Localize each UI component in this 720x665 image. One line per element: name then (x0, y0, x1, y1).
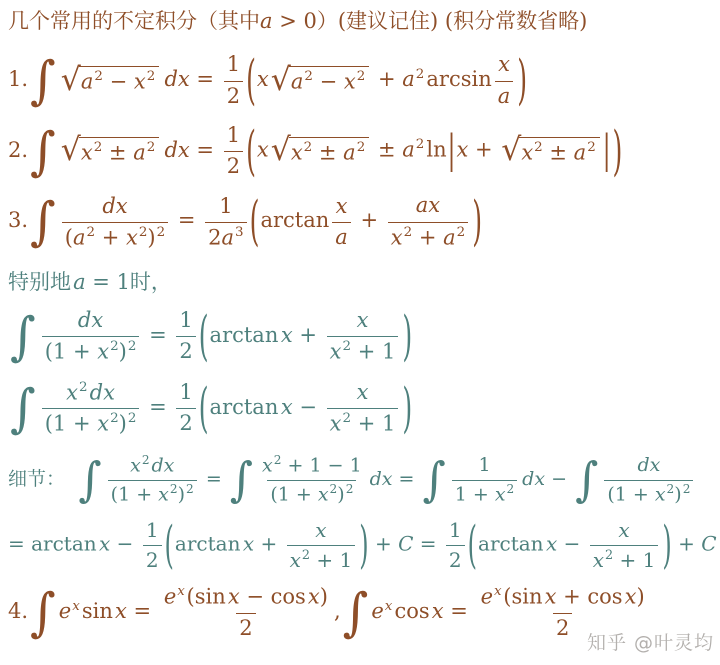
math-variable: x (546, 532, 557, 556)
integral-sign: ∫ (30, 196, 56, 248)
math-superscript: 2 (304, 139, 313, 156)
math-superscript: 2 (128, 338, 137, 355)
math-variable: e (481, 585, 493, 609)
paren-content: x√x2 ± a2 ± a2ln|x + √x2 ± a2| (256, 136, 613, 166)
formula-integral-2: 2.∫√x2 ± a2dx = 12(x√x2 ± a2 ± a2ln|x + … (8, 122, 720, 181)
math-paren-group: (arctanx + xx2 + 1) (165, 517, 369, 573)
math-text: + 1 (351, 411, 395, 435)
right-paren: ) (402, 310, 412, 363)
fraction-numerator: 1 (224, 51, 243, 80)
math-variable: x (330, 411, 342, 435)
math-text: 1 (227, 123, 240, 147)
math-variable: dx (164, 138, 189, 162)
math-text: (1 + (270, 484, 318, 506)
radical-sign-icon: √ (271, 136, 291, 166)
math-text: 1 (478, 454, 490, 476)
math-text: (1 + (45, 339, 98, 363)
math-variable: dx (637, 454, 660, 476)
math-superscript: 2 (94, 139, 103, 156)
math-text: + (369, 532, 398, 556)
math-variable: x (521, 140, 533, 164)
fraction-denominator: x2 + 1 (287, 545, 356, 573)
integral-sign: ∫ (343, 587, 369, 639)
math-text: ) (119, 339, 127, 363)
math-square-root: √a2 − x2 (61, 66, 160, 96)
math-variable: x (625, 585, 637, 609)
integral-sign: ∫ (30, 125, 56, 177)
abs-content: x + √x2 ± a2 (455, 136, 602, 166)
math-superscript: 2 (87, 224, 96, 241)
fraction-numerator: x (354, 307, 372, 336)
math-text: 2 (227, 154, 240, 178)
math-superscript: 2 (404, 224, 413, 241)
math-fraction: 12 (176, 379, 195, 438)
math-text: ± (543, 140, 574, 164)
math-variable: x (97, 412, 109, 436)
left-paren: ( (165, 520, 174, 570)
math-fraction: xa (495, 51, 514, 110)
math-text: 2. (8, 138, 28, 162)
math-text: − (545, 468, 573, 490)
math-superscript: 2 (147, 68, 156, 85)
math-fraction: xa (332, 193, 351, 252)
math-text: ± (371, 138, 402, 162)
math-variable: dx (370, 468, 393, 490)
math-superscript: 2 (110, 410, 119, 427)
math-fraction: 12 (224, 51, 243, 110)
math-variable: x (290, 548, 301, 572)
math-variable: x (134, 69, 146, 93)
math-superscript: 2 (110, 338, 119, 355)
math-text: > 0）(建议记住) (积分常数省略) (273, 9, 588, 33)
math-text: 1 (146, 518, 159, 542)
math-superscript: x (385, 598, 393, 615)
math-variable: a (81, 69, 94, 93)
math-superscript: 2 (346, 482, 354, 498)
math-variable: e (371, 599, 383, 623)
math-superscript: 2 (147, 139, 156, 156)
fraction-numerator: x (312, 517, 329, 545)
math-text: arctan (260, 208, 329, 232)
radicand: x2 ± a2 (519, 137, 599, 167)
math-text: 2 (179, 339, 192, 363)
fraction-denominator: 2 (224, 151, 243, 180)
fraction-numerator: ex(sinx − cosx) (161, 583, 331, 613)
math-variable: x (330, 339, 342, 363)
fraction-denominator: 2 (224, 81, 243, 110)
math-variable: dx (151, 454, 174, 476)
math-text: ) (320, 585, 328, 609)
formula-special-integral-1: ∫dx(1 + x2)2 = 12(arctanx + xx2 + 1) (8, 307, 720, 366)
math-text: 1 (227, 52, 240, 76)
math-text: = (444, 599, 475, 623)
math-text: 1 (179, 308, 192, 332)
math-variable: x (344, 69, 356, 93)
math-variable: ax (416, 193, 440, 217)
math-text: = (142, 395, 173, 419)
fraction-numerator: 1 (224, 122, 243, 151)
math-paren-group: (x√a2 − x2 + a2arcsinxa) (246, 51, 527, 110)
math-superscript: 2 (343, 338, 352, 355)
paren-content: arctanx + xx2 + 1 (209, 307, 403, 366)
math-variable: a (73, 270, 86, 294)
math-text: 1 (179, 380, 192, 404)
fraction-denominator: (1 + x2)2 (108, 480, 197, 507)
fraction-numerator: dx (634, 453, 663, 480)
math-text: + (354, 208, 385, 232)
paren-content: arctanxa + axx2 + a2 (259, 192, 472, 251)
fraction-numerator: x2dx (63, 379, 118, 409)
math-superscript: 2 (683, 482, 691, 498)
math-superscript: 2 (157, 224, 166, 241)
fraction-numerator: 1 (216, 193, 235, 222)
fraction-denominator: x2 + 1 (327, 408, 399, 438)
math-text: ln (426, 138, 446, 162)
math-variable: a (343, 140, 356, 164)
math-variable: dx (522, 468, 545, 490)
math-text: − (293, 395, 324, 419)
math-text: arctan (175, 532, 241, 556)
math-text: ± (102, 140, 133, 164)
math-variable: x (545, 585, 557, 609)
fraction-numerator: x (615, 517, 632, 545)
math-paren-group: (arctanx + xx2 + 1) (199, 307, 413, 366)
math-text: − (110, 532, 139, 556)
radical-sign-icon: √ (61, 66, 81, 96)
math-fraction: dx(1 + x2)2 (42, 307, 140, 366)
math-text: ± (312, 140, 343, 164)
math-text: 1 (449, 518, 462, 542)
math-variable: x (456, 138, 468, 162)
math-variable: a (498, 84, 511, 108)
fraction-denominator: a (495, 81, 514, 110)
math-fraction: x2dx(1 + x2)2 (42, 379, 140, 438)
math-variable: x (391, 225, 403, 249)
math-text: 1 (219, 194, 232, 218)
paren-content: arctanx + xx2 + 1 (174, 517, 359, 573)
math-text: 3. (8, 208, 28, 232)
math-superscript: 2 (534, 139, 543, 156)
math-variable: x (228, 585, 240, 609)
math-text: + 1 (613, 548, 655, 572)
math-text: , (334, 599, 341, 623)
math-text: sin (82, 599, 113, 623)
math-text: + (371, 67, 402, 91)
left-paren: ( (468, 520, 477, 570)
math-variable: a (133, 140, 146, 164)
fraction-denominator: 2 (553, 613, 572, 642)
math-variable: x (115, 599, 127, 623)
math-variable: x (81, 140, 93, 164)
math-text: 2 (208, 225, 221, 249)
radical-sign-icon: √ (271, 66, 291, 96)
math-text: (1 + (45, 412, 98, 436)
math-text: + (254, 532, 283, 556)
math-superscript: x (72, 598, 80, 615)
integral-sign: ∫ (30, 55, 56, 107)
math-text: + (468, 138, 499, 162)
math-variable: a (443, 225, 456, 249)
right-paren: ) (662, 520, 671, 570)
math-fraction: 12 (143, 517, 162, 573)
fraction-numerator: x2dx (127, 453, 177, 480)
math-variable: a (260, 9, 273, 33)
left-paren: ( (246, 54, 256, 107)
math-text: arctan (478, 532, 544, 556)
math-superscript: x (177, 583, 185, 600)
math-text: ) (337, 484, 344, 506)
math-text: ) (119, 412, 127, 436)
math-superscript: 2 (128, 410, 137, 427)
math-text: + 1 − 1 (282, 454, 362, 476)
math-variable: x (257, 138, 269, 162)
fraction-denominator: (a2 + x2)2 (62, 222, 168, 252)
fraction-numerator: 1 (475, 453, 493, 480)
fraction-numerator: dx (75, 307, 106, 336)
math-text: = arctan (8, 532, 97, 556)
math-variable: x (177, 584, 185, 599)
math-fraction: xx2 + 1 (327, 307, 399, 366)
math-variable: a (291, 69, 304, 93)
math-abs-group: |x + √x2 ± a2| (448, 136, 611, 166)
math-text: 2 (556, 616, 569, 640)
math-text: ) (674, 483, 681, 505)
math-text: (sin (187, 585, 226, 609)
fraction-denominator: 2 (176, 336, 195, 365)
math-fraction: ex(sinx − cosx)2 (161, 583, 331, 642)
math-paren-group: (arctanx − xx2 + 1) (199, 379, 413, 438)
math-variable: C (398, 532, 413, 556)
right-paren: ) (402, 382, 412, 435)
fraction-numerator: ex(sinx + cosx) (478, 583, 648, 613)
math-fraction: axx2 + a2 (388, 192, 468, 251)
right-paren: ) (517, 54, 527, 107)
math-variable: x (257, 67, 269, 91)
math-text: 2 (239, 616, 252, 640)
math-text: = 1时， (86, 270, 172, 294)
math-text: 特别地 (8, 270, 71, 294)
math-variable: a (574, 140, 587, 164)
math-superscript: 2 (507, 482, 515, 498)
math-variable: a (222, 225, 235, 249)
watermark: 知乎 @叶灵均 (587, 628, 714, 655)
math-text: + (672, 532, 701, 556)
integral-sign: ∫ (230, 457, 253, 504)
right-paren: ) (472, 195, 482, 248)
math-text: = (392, 468, 420, 490)
math-variable: x (432, 599, 444, 623)
math-text: arcsin (426, 67, 491, 91)
math-fraction: dx(a2 + x2)2 (62, 193, 168, 252)
formula-detail-derivation: 细节：∫x2dx(1 + x2)2 = ∫x2 + 1 − 1(1 + x2)2… (8, 453, 720, 507)
fraction-denominator: (1 + x2)2 (267, 480, 356, 507)
math-text: arctan (210, 395, 279, 419)
page-title: 几个常用的不定积分（其中a > 0）(建议记住) (积分常数省略) (8, 8, 720, 35)
fraction-denominator: 2 (176, 408, 195, 437)
math-text: (1 + (607, 483, 655, 505)
math-superscript: 2 (94, 68, 103, 85)
math-square-root: √a2 − x2 (271, 66, 370, 96)
math-variable: C (701, 532, 716, 556)
math-paren-group: (arctanxa + axx2 + a2) (250, 192, 482, 251)
math-fraction: xx2 + 1 (287, 517, 356, 573)
math-superscript: 2 (357, 139, 366, 156)
math-variable: dx (90, 380, 115, 404)
math-text: + (293, 323, 324, 347)
fraction-numerator: dx (99, 193, 130, 222)
math-superscript: 2 (587, 139, 596, 156)
math-text: 1. (8, 67, 28, 91)
fraction-numerator: ax (413, 192, 443, 221)
math-variable: x (130, 454, 141, 476)
fraction-numerator: x (354, 379, 372, 408)
math-variable: dx (102, 194, 127, 218)
math-text: (sin (503, 585, 542, 609)
math-fraction: 12 (224, 122, 243, 181)
math-text: 2 (227, 84, 240, 108)
math-text: − (313, 69, 344, 93)
paren-content: arctanx − xx2 + 1 (477, 517, 662, 573)
math-superscript: 2 (416, 66, 425, 83)
math-text: = (127, 599, 158, 623)
left-paren: ( (199, 310, 209, 363)
fraction-denominator: 2a3 (205, 222, 246, 252)
math-variable: x (308, 585, 320, 609)
math-superscript: 2 (605, 548, 613, 565)
right-abs-bar: | (603, 132, 611, 171)
math-variable: x (498, 52, 510, 76)
math-variable: x (99, 532, 110, 556)
math-text: 1 + (455, 483, 495, 505)
math-text: = (190, 138, 221, 162)
math-superscript: 2 (416, 136, 425, 153)
fraction-denominator: 1 + x2 (452, 480, 518, 507)
math-variable: x (72, 599, 80, 614)
math-superscript: x (494, 583, 502, 600)
radicand: x2 ± a2 (79, 137, 159, 167)
formula-integral-1: 1.∫√a2 − x2dx = 12(x√a2 − x2 + a2arcsinx… (8, 51, 720, 110)
fraction-denominator: 2 (143, 545, 162, 573)
math-text: cos (394, 599, 429, 623)
fraction-numerator: x (495, 51, 513, 80)
fraction-denominator: (1 + x2)2 (42, 408, 140, 438)
math-fraction: 12 (176, 307, 195, 366)
formula-detail-continued: = arctanx − 12(arctanx + xx2 + 1) + C = … (8, 517, 720, 573)
right-paren: ) (613, 125, 623, 178)
math-square-root: √x2 ± a2 (271, 136, 370, 166)
math-variable: x (281, 395, 293, 419)
math-text: ( (65, 225, 73, 249)
math-variable: x (315, 518, 326, 542)
math-square-root: √x2 ± a2 (61, 136, 160, 166)
math-superscript: 2 (304, 68, 313, 85)
math-variable: x (262, 454, 273, 476)
integral-sign: ∫ (10, 310, 36, 362)
math-superscript: 2 (457, 224, 466, 241)
math-square-root: √x2 ± a2 (501, 136, 600, 166)
math-text: (1 + (111, 484, 159, 506)
integral-sign: ∫ (10, 382, 36, 434)
math-superscript: 2 (357, 68, 366, 85)
math-text: arctan (210, 323, 279, 347)
radicand: a2 − x2 (79, 66, 159, 96)
math-variable: x (385, 599, 393, 614)
paren-content: x√a2 − x2 + a2arcsinxa (256, 51, 517, 110)
math-text: 4. (8, 599, 28, 623)
math-text: = (171, 208, 202, 232)
math-text: + (95, 225, 126, 249)
math-fraction: x2 + 1 − 1(1 + x2)2 (259, 453, 365, 507)
math-variable: x (593, 548, 604, 572)
math-variable: x (357, 308, 369, 332)
math-fraction: xx2 + 1 (327, 379, 399, 438)
math-text: + 1 (351, 339, 395, 363)
fraction-numerator: x2 + 1 − 1 (259, 453, 365, 480)
math-superscript: 2 (170, 482, 178, 498)
math-variable: dx (164, 67, 189, 91)
math-fraction: x2dx(1 + x2)2 (108, 453, 197, 507)
fraction-denominator: x2 + a2 (388, 222, 468, 252)
math-variable: x (291, 140, 303, 164)
left-abs-bar: | (448, 132, 456, 171)
math-fraction: 11 + x2 (452, 453, 518, 507)
math-variable: x (281, 323, 293, 347)
math-text: ) (637, 585, 645, 609)
special-case-note: 特别地a = 1时， (8, 269, 720, 296)
paren-content: arctanx − xx2 + 1 (209, 379, 403, 438)
fraction-numerator: x (333, 193, 351, 222)
fraction-denominator: 2 (446, 545, 465, 573)
formula-integral-3: 3.∫dx(a2 + x2)2 = 12a3(arctanxa + axx2 +… (8, 192, 720, 251)
fraction-denominator: (1 + x2)2 (604, 480, 693, 507)
fraction-numerator: 1 (176, 307, 195, 336)
fraction-denominator: x2 + 1 (327, 336, 399, 366)
math-text: − (557, 532, 586, 556)
math-paren-group: (x√x2 ± a2 ± a2ln|x + √x2 ± a2|) (246, 136, 622, 166)
math-text: − (103, 69, 134, 93)
math-variable: x (495, 483, 506, 505)
math-superscript: 3 (235, 224, 244, 241)
math-variable: a (402, 67, 415, 91)
radicand: x2 ± a2 (289, 137, 369, 167)
fraction-numerator: 1 (176, 379, 195, 408)
math-paren-group: (arctanx − xx2 + 1) (468, 517, 672, 573)
math-text: 2 (449, 548, 462, 572)
math-variable: dx (78, 308, 103, 332)
math-fraction: 12 (446, 517, 465, 573)
integral-sign: ∫ (30, 587, 56, 639)
math-text: = (142, 323, 173, 347)
math-text: + (412, 225, 443, 249)
math-variable: x (318, 484, 329, 506)
math-variable: x (336, 194, 348, 218)
fraction-numerator: 1 (446, 517, 465, 545)
math-variable: x (126, 225, 138, 249)
fraction-denominator: 2 (236, 613, 255, 642)
math-text: + cos (556, 585, 622, 609)
integral-sign: ∫ (575, 457, 598, 504)
math-variable: x (97, 339, 109, 363)
notes-page: 几个常用的不定积分（其中a > 0）(建议记住) (积分常数省略) 1.∫√a2… (0, 0, 720, 665)
fraction-denominator: a (332, 222, 351, 251)
math-variable: e (59, 599, 71, 623)
math-text: 2 (146, 548, 159, 572)
math-variable: e (164, 585, 176, 609)
formula-special-integral-2: ∫x2dx(1 + x2)2 = 12(arctanx − xx2 + 1) (8, 379, 720, 438)
radical-sign-icon: √ (501, 136, 521, 166)
right-paren: ) (359, 520, 368, 570)
math-superscript: 2 (142, 453, 150, 469)
